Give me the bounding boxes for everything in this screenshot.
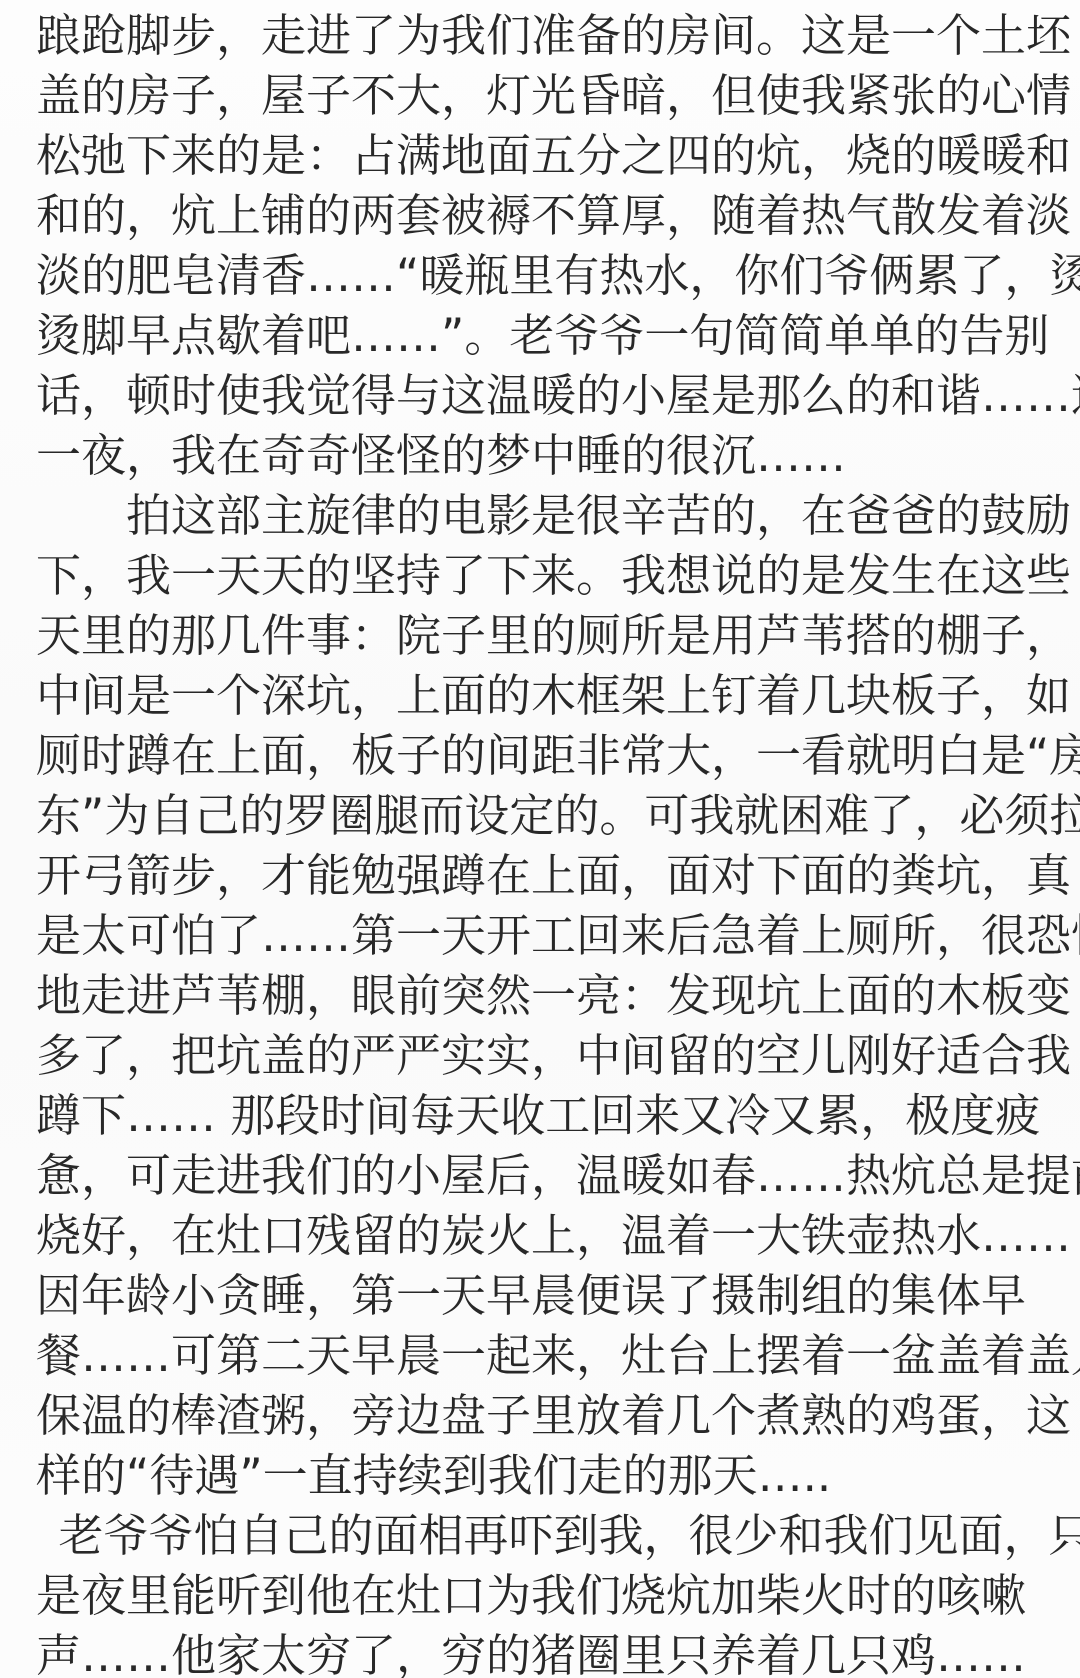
text-line: 样的“待遇”一直持续到我们走的那天….. bbox=[36, 1446, 1052, 1506]
text-line: 东”为自己的罗圈腿而设定的。可我就困难了，必须拉 bbox=[36, 786, 1052, 846]
text-line: 开弓箭步，才能勉强蹲在上面，面对下面的粪坑，真 bbox=[36, 846, 1052, 906]
text-line: 中间是一个深坑，上面的木框架上钉着几块板子，如 bbox=[36, 666, 1052, 726]
text-line: 老爷爷怕自己的面相再吓到我，很少和我们见面，只 bbox=[36, 1506, 1052, 1566]
text-line: 天里的那几件事：院子里的厕所是用芦苇搭的棚子， bbox=[36, 606, 1052, 666]
text-line: 淡的肥皂清香……“暖瓶里有热水，你们爷俩累了，烫 bbox=[36, 246, 1052, 306]
text-line: 声……他家太穷了，穷的猪圈里只养着几只鸡…… bbox=[36, 1626, 1052, 1678]
text-line: 和的，炕上铺的两套被褥不算厚，随着热气散发着淡 bbox=[36, 186, 1052, 246]
text-line: 盖的房子，屋子不大，灯光昏暗，但使我紧张的心情 bbox=[36, 66, 1052, 126]
document-page: 踉跄脚步，走进了为我们准备的房间。这是一个土坯盖的房子，屋子不大，灯光昏暗，但使… bbox=[0, 0, 1080, 1678]
text-line: 一夜，我在奇奇怪怪的梦中睡的很沉…… bbox=[36, 426, 1052, 486]
text-line: 因年龄小贪睡，第一天早晨便误了摄制组的集体早 bbox=[36, 1266, 1052, 1326]
text-line: 烫脚早点歇着吧……”。老爷爷一句简简单单的告别 bbox=[36, 306, 1052, 366]
text-line: 厕时蹲在上面，板子的间距非常大，一看就明白是“房 bbox=[36, 726, 1052, 786]
text-line: 蹲下…… 那段时间每天收工回来又冷又累，极度疲 bbox=[36, 1086, 1052, 1146]
text-line: 下，我一天天的坚持了下来。我想说的是发生在这些 bbox=[36, 546, 1052, 606]
text-line: 烧好，在灶口残留的炭火上，温着一大铁壶热水…… bbox=[36, 1206, 1052, 1266]
text-line: 拍这部主旋律的电影是很辛苦的，在爸爸的鼓励 bbox=[36, 486, 1052, 546]
text-line: 保温的棒渣粥，旁边盘子里放着几个煮熟的鸡蛋，这 bbox=[36, 1386, 1052, 1446]
text-line: 松弛下来的是：占满地面五分之四的炕，烧的暖暖和 bbox=[36, 126, 1052, 186]
text-body: 踉跄脚步，走进了为我们准备的房间。这是一个土坯盖的房子，屋子不大，灯光昏暗，但使… bbox=[36, 6, 1052, 1678]
text-line: 多了，把坑盖的严严实实，中间留的空儿刚好适合我 bbox=[36, 1026, 1052, 1086]
text-line: 地走进芦苇棚，眼前突然一亮：发现坑上面的木板变 bbox=[36, 966, 1052, 1026]
text-line: 是太可怕了……第一天开工回来后急着上厕所，很恐惧 bbox=[36, 906, 1052, 966]
text-line: 惫，可走进我们的小屋后，温暖如春……热炕总是提前 bbox=[36, 1146, 1052, 1206]
text-line: 踉跄脚步，走进了为我们准备的房间。这是一个土坯 bbox=[36, 6, 1052, 66]
text-line: 是夜里能听到他在灶口为我们烧炕加柴火时的咳嗽 bbox=[36, 1566, 1052, 1626]
text-line: 餐……可第二天早晨一起来，灶台上摆着一盆盖着盖儿 bbox=[36, 1326, 1052, 1386]
text-line: 话，顿时使我觉得与这温暖的小屋是那么的和谐……这 bbox=[36, 366, 1052, 426]
